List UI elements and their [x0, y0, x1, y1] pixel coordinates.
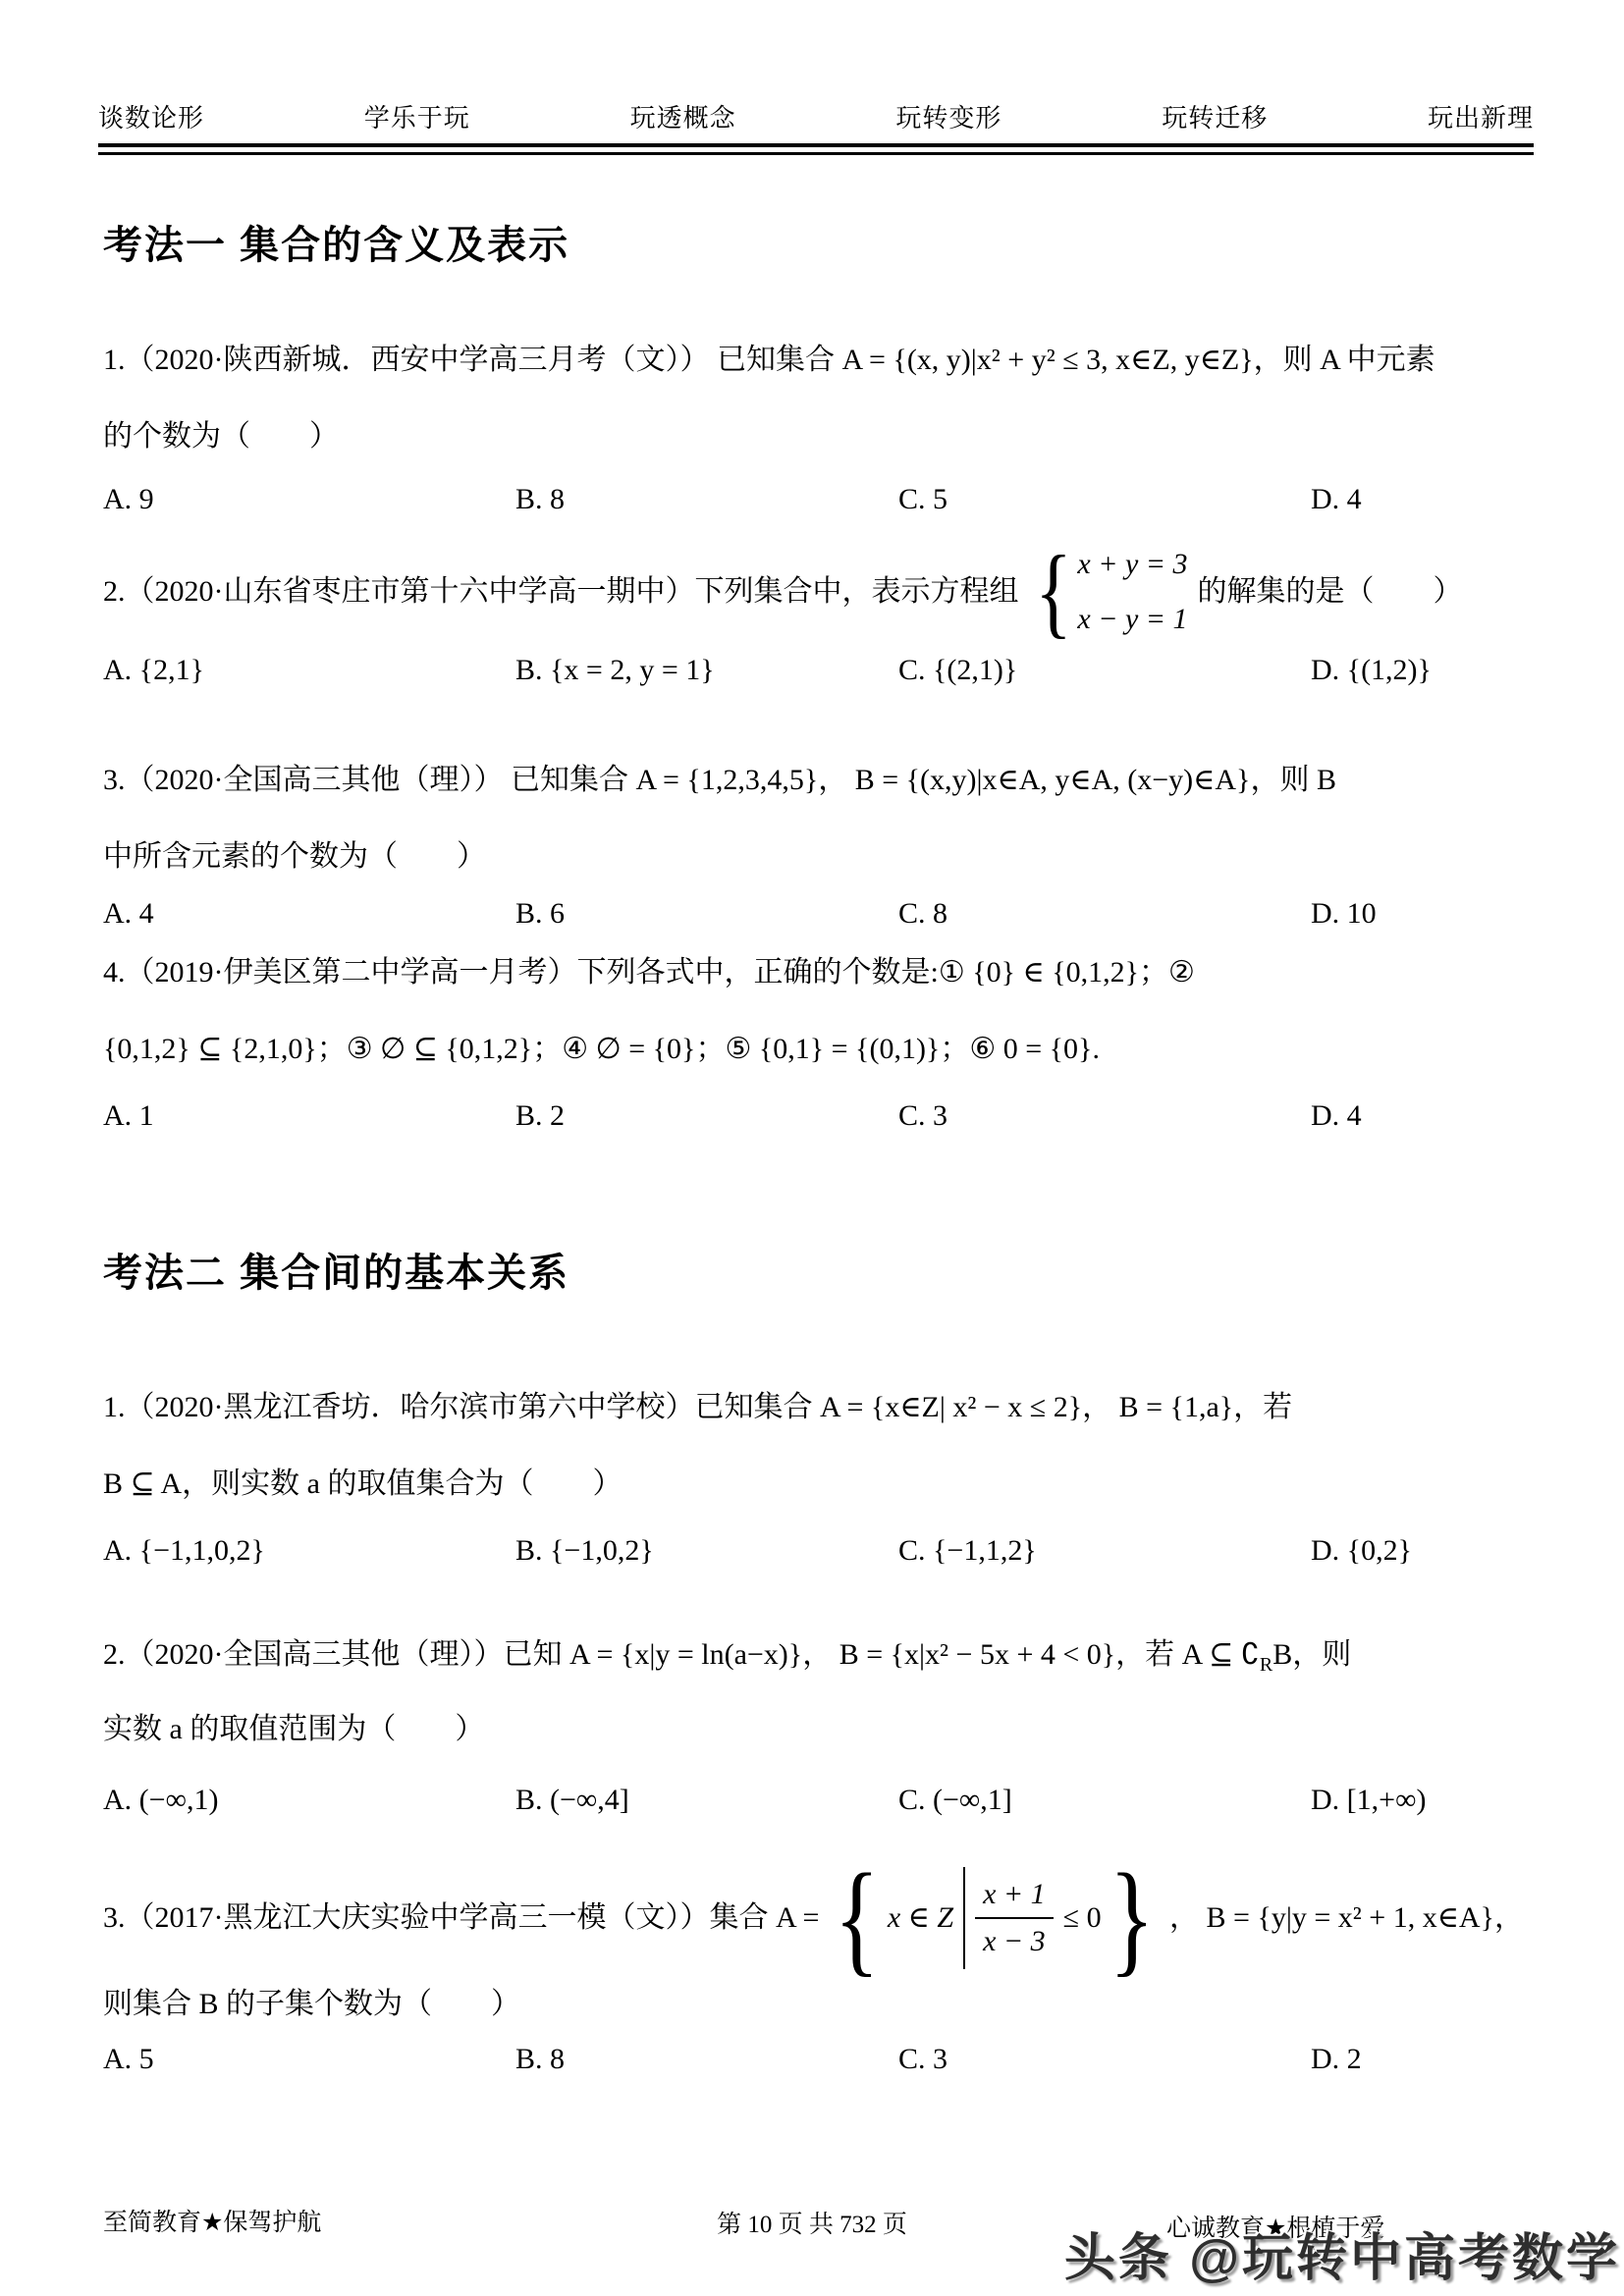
option-d: D. 2	[1311, 2038, 1535, 2081]
question-text: 则集合 B 的子集个数为（ ）	[103, 1983, 1535, 2026]
option-c: C. 3	[898, 2038, 1311, 2081]
fraction-numerator: x + 1	[975, 1874, 1054, 1919]
section-title-2: 考法二 集合间的基本关系	[103, 1242, 1535, 1298]
equation-system: { x + y = 3 x − y = 1	[1029, 537, 1188, 647]
options-row: A. {−1,1,0,2} B. {−1,0,2} C. {−1,1,2} D.…	[103, 1529, 1535, 1573]
option-d: D. {(1,2)}	[1311, 649, 1535, 692]
question-mid: ， B = {y|y = x² + 1, x∈A}，	[1169, 1896, 1524, 1940]
options-row: A. {2,1} B. {x = 2, y = 1} C. {(2,1)} D.…	[103, 649, 1535, 692]
fraction: x + 1 x − 3	[975, 1874, 1054, 1962]
watermark: 头条 @玩转中高考数学	[1064, 2216, 1620, 2290]
option-b: B. 8	[515, 478, 898, 521]
option-a: A. 9	[103, 478, 515, 521]
header-item: 玩转变形	[895, 98, 1001, 134]
question-post: 的解集的是（ ）	[1198, 570, 1463, 614]
option-b: B. {x = 2, y = 1}	[515, 649, 898, 692]
option-d: D. {0,2}	[1311, 1529, 1535, 1573]
question-text: {0,1,2} ⊆ {2,1,0}；③ ∅ ⊆ {0,1,2}；④ ∅ = {0…	[103, 1028, 1535, 1071]
options-row: A. 5 B. 8 C. 3 D. 2	[103, 2038, 1535, 2081]
set-condition-right: ≤ 0	[1063, 1896, 1102, 1940]
page-content: 考法一 集合的含义及表示 1.（2020·陕西新城．西安中学高三月考（文）） 已…	[103, 196, 1535, 2081]
equation-stack: x + y = 3 x − y = 1	[1077, 537, 1187, 647]
question-text: 3.（2017·黑龙江大庆实验中学高三一模（文））集合 A = { x ∈ Z …	[103, 1855, 1535, 1981]
set-expression: { x ∈ Z x + 1 x − 3 ≤ 0 }	[827, 1855, 1162, 1981]
question-pre: 2.（2020·山东省枣庄市第十六中学高一期中）下列集合中，表示方程组	[103, 570, 1019, 614]
option-c: C. {(2,1)}	[898, 649, 1311, 692]
option-c: C. 8	[898, 892, 1311, 935]
option-a: A. 4	[103, 892, 515, 935]
option-a: A. {−1,1,0,2}	[103, 1529, 515, 1573]
option-d: D. [1,+∞)	[1311, 1779, 1535, 1822]
option-d: D. 10	[1311, 892, 1535, 935]
options-row: A. 9 B. 8 C. 5 D. 4	[103, 478, 1535, 521]
options-row: A. 1 B. 2 C. 3 D. 4	[103, 1095, 1535, 1138]
header-item: 玩转迁移	[1162, 98, 1268, 134]
close-brace-glyph: }	[1109, 1855, 1154, 1981]
question-text: 1.（2020·黑龙江香坊．哈尔滨市第六中学校）已知集合 A = {x∈Z| x…	[103, 1386, 1535, 1429]
option-c: C. (−∞,1]	[898, 1779, 1311, 1822]
option-b: B. 2	[515, 1095, 898, 1138]
question-text: 3.（2020·全国高三其他（理）） 已知集合 A = {1,2,3,4,5}，…	[103, 759, 1535, 802]
options-row: A. 4 B. 6 C. 8 D. 10	[103, 892, 1535, 935]
question-text: 2.（2020·全国高三其他（理））已知 A = {x|y = ln(a−x)}…	[103, 1633, 1535, 1686]
option-a: A. (−∞,1)	[103, 1779, 515, 1822]
brace-glyph: {	[1035, 541, 1071, 643]
option-a: A. 1	[103, 1095, 515, 1138]
option-b: B. {−1,0,2}	[515, 1529, 898, 1573]
open-brace-glyph: {	[835, 1855, 880, 1981]
equation-top: x + y = 3	[1077, 537, 1187, 592]
option-b: B. 6	[515, 892, 898, 935]
question-text: 1.（2020·陕西新城．西安中学高三月考（文）） 已知集合 A = {(x, …	[103, 339, 1535, 382]
option-c: C. 3	[898, 1095, 1311, 1138]
question-text: 4.（2019·伊美区第二中学高一月考）下列各式中，正确的个数是:① {0} ∈…	[103, 951, 1535, 994]
question-text: 2.（2020·山东省枣庄市第十六中学高一期中）下列集合中，表示方程组 { x …	[103, 537, 1535, 647]
complement-subscript: R	[1260, 1654, 1272, 1676]
set-builder-bar	[963, 1867, 965, 1969]
question-text: 中所含元素的个数为（ ）	[103, 835, 1535, 879]
question-text: B ⊆ A，则实数 a 的取值集合为（ ）	[103, 1463, 1535, 1506]
option-c: C. {−1,1,2}	[898, 1529, 1311, 1573]
option-b: B. 8	[515, 2038, 898, 2081]
option-c: C. 5	[898, 478, 1311, 521]
options-row: A. (−∞,1) B. (−∞,4] C. (−∞,1] D. [1,+∞)	[103, 1779, 1535, 1822]
header-item: 玩透概念	[630, 98, 736, 134]
header-item: 谈数论形	[98, 98, 204, 134]
option-b: B. (−∞,4]	[515, 1779, 898, 1822]
header-item: 学乐于玩	[364, 98, 470, 134]
fraction-denominator: x − 3	[975, 1919, 1054, 1962]
option-d: D. 4	[1311, 1095, 1535, 1138]
question-pre: 2.（2020·全国高三其他（理））已知 A = {x|y = ln(a−x)}…	[103, 1638, 1260, 1671]
question-text: 的个数为（ ）	[103, 415, 1535, 458]
equation-bottom: x − y = 1	[1077, 592, 1187, 647]
question-pre: 3.（2017·黑龙江大庆实验中学高三一模（文））集合 A =	[103, 1896, 819, 1940]
section-title-1: 考法一 集合的含义及表示	[103, 214, 1535, 270]
option-a: A. 5	[103, 2038, 515, 2081]
set-condition-left: x ∈ Z	[888, 1896, 953, 1940]
option-a: A. {2,1}	[103, 649, 515, 692]
header-double-rule	[98, 143, 1534, 155]
question-post: B，则	[1272, 1638, 1351, 1671]
option-d: D. 4	[1311, 478, 1535, 521]
question-text: 实数 a 的取值范围为（ ）	[103, 1708, 1535, 1751]
page-header: 谈数论形 学乐于玩 玩透概念 玩转变形 玩转迁移 玩出新理	[98, 98, 1534, 134]
header-item: 玩出新理	[1428, 98, 1534, 134]
